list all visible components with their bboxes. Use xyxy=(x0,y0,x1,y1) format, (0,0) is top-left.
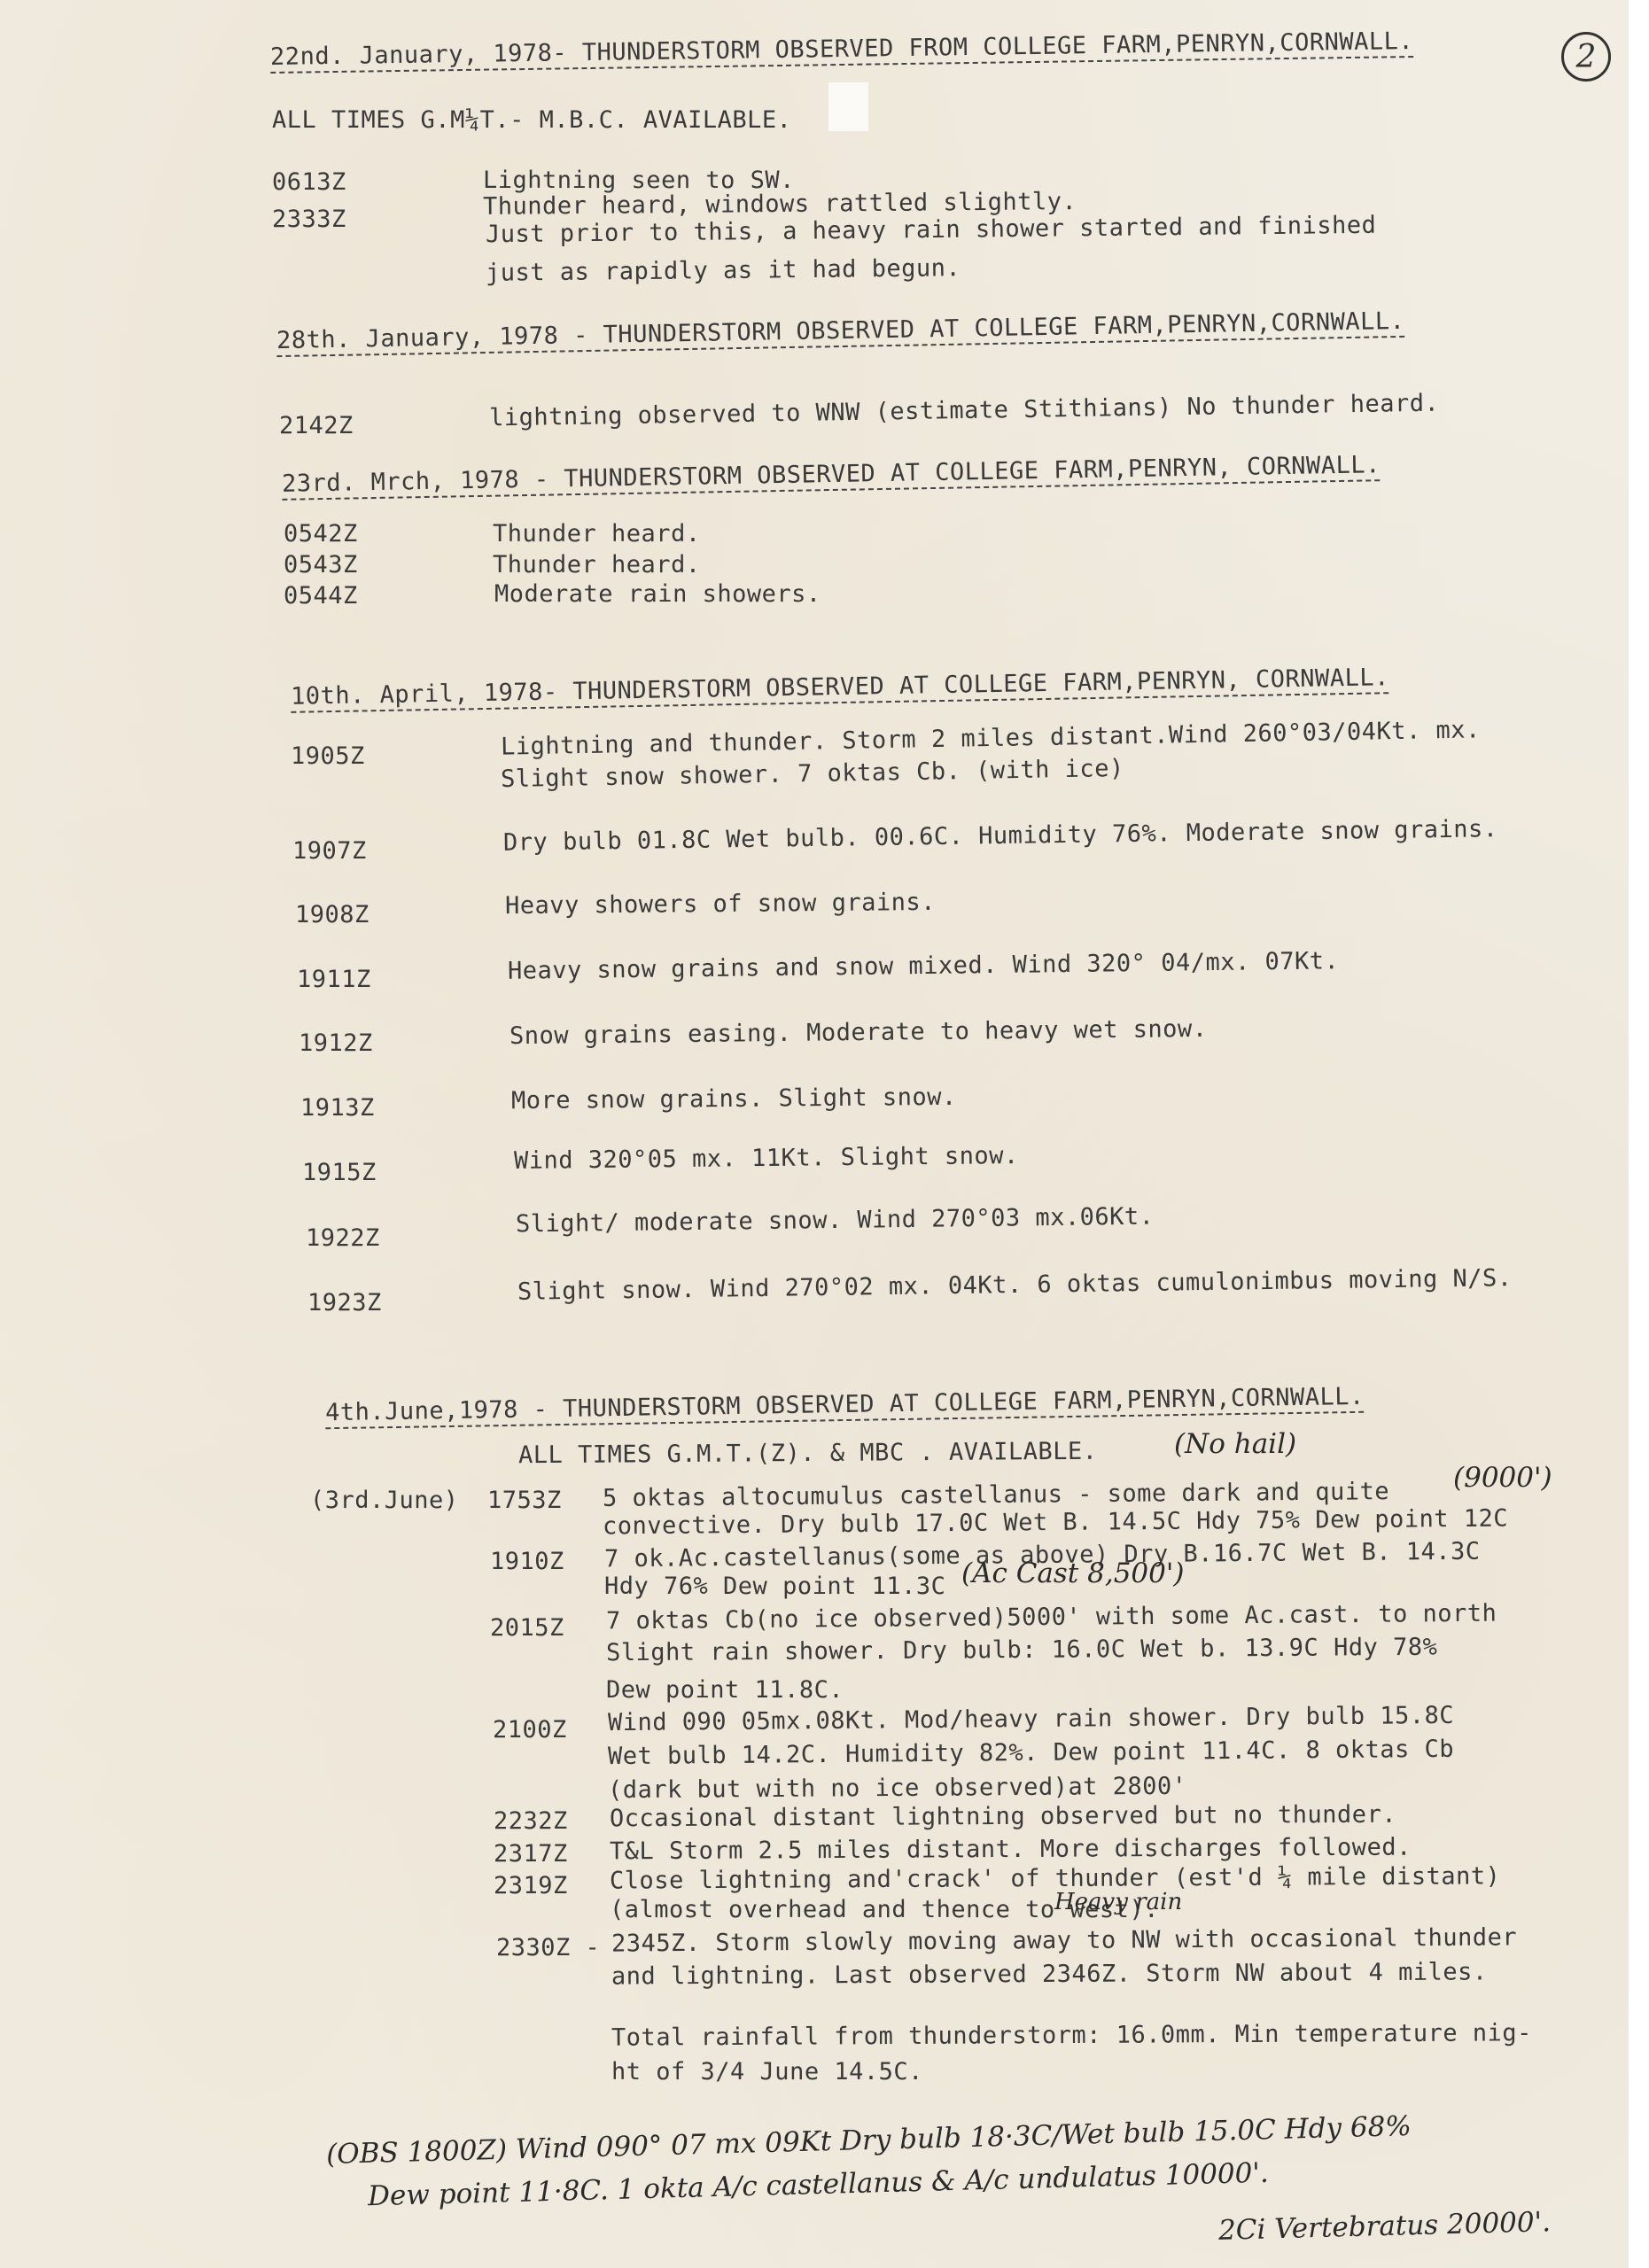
entry-time: 1923Z xyxy=(307,1289,382,1317)
entry-text: and lightning. Last observed 2346Z. Stor… xyxy=(611,1958,1488,1990)
entry-time: 1913Z xyxy=(300,1094,375,1122)
handwritten-note: (Ac Cast 8,500') xyxy=(961,1557,1184,1589)
entry-time: 2232Z xyxy=(494,1807,568,1835)
entry-time: 1905Z xyxy=(291,742,365,770)
entry-time: 2142Z xyxy=(279,412,354,439)
entry-text: Hdy 76% Dew point 11.3C xyxy=(604,1573,945,1600)
handwritten-footer-line: 2Ci Vertebratus 20000'. xyxy=(1218,2206,1552,2247)
section-note: ALL TIMES G.M¼T.- M.B.C. AVAILABLE. xyxy=(272,106,791,134)
summary-text: ht of 3/4 June 14.5C. xyxy=(611,2058,923,2085)
page-edge xyxy=(1629,0,1639,2268)
entry-time: 1915Z xyxy=(302,1159,377,1186)
entry-time: 2330Z - xyxy=(496,1934,600,1961)
section-note: ALL TIMES G.M.T.(Z). & MBC . AVAILABLE. xyxy=(518,1438,1098,1470)
page-number: 2 xyxy=(1576,39,1597,75)
entry-text: Thunder heard. xyxy=(493,551,701,579)
entry-time: 2100Z xyxy=(493,1716,567,1744)
entry-text: Thunder heard. xyxy=(493,520,701,548)
entry-time: 0544Z xyxy=(284,582,358,610)
entry-text: 7 oktas Cb(no ice observed)5000' with so… xyxy=(606,1600,1497,1635)
entry-text: Heavy snow grains and snow mixed. Wind 3… xyxy=(508,947,1340,984)
entry-text: Wind 320°05 mx. 11Kt. Slight snow. xyxy=(514,1142,1019,1175)
handwritten-note: (9000') xyxy=(1453,1462,1552,1494)
entry-text: Wind 090 05mx.08Kt. Mod/heavy rain showe… xyxy=(608,1702,1454,1736)
section-heading: 28th. January, 1978 - THUNDERSTORM OBSER… xyxy=(276,307,1405,354)
entry-text: Slight rain shower. Dry bulb: 16.0C Wet … xyxy=(606,1634,1438,1667)
entry-prefix: (3rd.June) xyxy=(310,1487,459,1514)
document-page: 2 22nd. January, 1978- THUNDERSTORM OBSE… xyxy=(0,0,1639,2268)
entry-text: Slight snow. Wind 270°02 mx. 04Kt. 6 okt… xyxy=(517,1264,1513,1306)
entry-time: 1910Z xyxy=(490,1548,564,1575)
handwritten-note: Heavy rain xyxy=(1054,1889,1182,1915)
section-heading: 10th. April, 1978- THUNDERSTORM OBSERVED… xyxy=(291,664,1389,711)
entry-time: 1753Z xyxy=(487,1487,562,1514)
correction-fluid-patch xyxy=(828,82,868,131)
entry-text: (dark but with no ice observed)at 2800' xyxy=(608,1773,1187,1805)
entry-text: Slight snow shower. 7 oktas Cb. (with ic… xyxy=(501,755,1124,793)
entry-text: Dry bulb 01.8C Wet bulb. 00.6C. Humidity… xyxy=(503,815,1498,857)
entry-text: Moderate rain showers. xyxy=(494,580,821,608)
section-heading: 23rd. Mrch, 1978 - THUNDERSTORM OBSERVED… xyxy=(282,451,1381,498)
entry-time: 2317Z xyxy=(494,1840,568,1868)
handwritten-note: (No hail) xyxy=(1174,1428,1296,1460)
entry-time: 1922Z xyxy=(306,1224,380,1252)
entry-text: lightning observed to WNW (estimate Stit… xyxy=(489,390,1440,432)
entry-time: 0542Z xyxy=(284,520,358,548)
entry-text: Occasional distant lightning observed bu… xyxy=(610,1801,1396,1833)
entry-text: Heavy showers of snow grains. xyxy=(505,889,936,920)
entry-time: 1912Z xyxy=(299,1029,373,1057)
entry-time: 2015Z xyxy=(490,1614,564,1642)
entry-text: More snow grains. Slight snow. xyxy=(511,1084,957,1115)
entry-time: 2333Z xyxy=(272,206,346,233)
entry-time: 1908Z xyxy=(295,901,369,928)
entry-text: Lightning and thunder. Storm 2 miles dis… xyxy=(501,716,1481,760)
entry-text: T&L Storm 2.5 miles distant. More discha… xyxy=(610,1834,1412,1866)
entry-text: just as rapidly as it had begun. xyxy=(486,254,961,287)
entry-time: 0613Z xyxy=(272,168,346,196)
entry-time: 0543Z xyxy=(284,551,358,579)
entry-text: Wet bulb 14.2C. Humidity 82%. Dew point … xyxy=(608,1736,1454,1770)
entry-time: 1911Z xyxy=(297,966,371,993)
entry-text: 2345Z. Storm slowly moving away to NW wi… xyxy=(611,1923,1517,1957)
entry-text: Slight/ moderate snow. Wind 270°03 mx.06… xyxy=(516,1203,1155,1239)
section-heading: 22nd. January, 1978- THUNDERSTORM OBSERV… xyxy=(270,27,1413,71)
entry-text: Dew point 11.8C. xyxy=(606,1676,844,1704)
entry-time: 1907Z xyxy=(292,837,367,865)
section-heading: 4th.June,1978 - THUNDERSTORM OBSERVED AT… xyxy=(325,1383,1365,1426)
summary-text: Total rainfall from thunderstorm: 16.0mm… xyxy=(611,2019,1532,2051)
page-number-badge: 2 xyxy=(1561,32,1611,82)
entry-time: 2319Z xyxy=(494,1872,568,1899)
entry-text: Snow grains easing. Moderate to heavy we… xyxy=(509,1015,1208,1050)
